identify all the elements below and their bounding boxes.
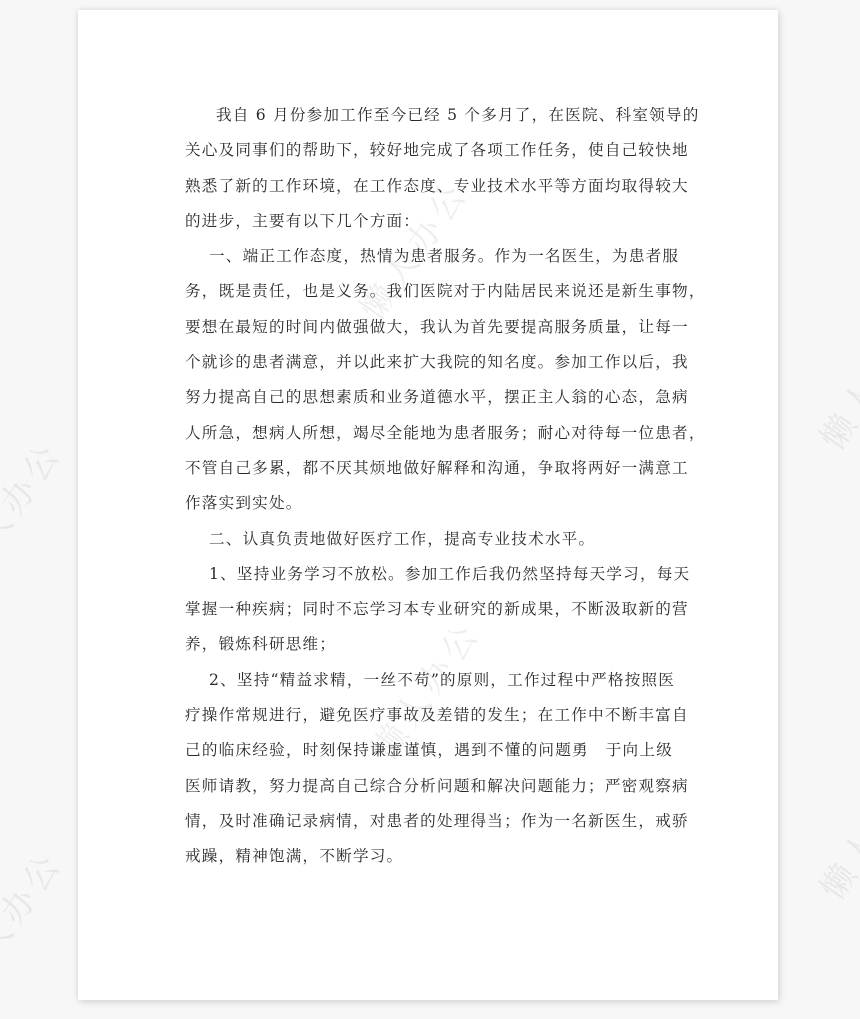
paragraph-section-2-heading: 二、认真负责地做好医疗工作，提高专业技术水平。 bbox=[185, 522, 673, 557]
watermark-left-upper: 懒人办公 bbox=[0, 429, 72, 588]
text-line: 疗操作常规进行，避免医疗事故及差错的发生；在工作中不断丰富自 bbox=[185, 698, 673, 733]
text-line: 关心及同事们的帮助下，较好地完成了各项工作任务，使自己较快地 bbox=[185, 133, 673, 168]
text-line: 的进步，主要有以下几个方面： bbox=[185, 204, 673, 239]
text-line: 掌握一种疾病；同时不忘学习本专业研究的新成果，不断汲取新的营 bbox=[185, 592, 673, 627]
text-line: 己的临床经验，时刻保持谦虚谨慎，遇到不懂的问题勇 于向上级 bbox=[185, 733, 673, 768]
text-line: 人所急，想病人所想，竭尽全能地为患者服务；耐心对待每一位患者， bbox=[185, 416, 673, 451]
watermark-right-upper: 懒人办公 bbox=[806, 299, 860, 458]
watermark-right-lower: 懒人办公 bbox=[806, 749, 860, 908]
text-line: 我自 6 月份参加工作至今已经 5 个多月了，在医院、科室领导的 bbox=[185, 98, 673, 133]
text-line: 情，及时准确记录病情，对患者的处理得当；作为一名新医生，戒骄 bbox=[185, 804, 673, 839]
text-line: 一、端正工作态度，热情为患者服务。作为一名医生，为患者服 bbox=[185, 239, 673, 274]
text-line: 1、坚持业务学习不放松。参加工作后我仍然坚持每天学习，每天 bbox=[185, 557, 673, 592]
paragraph-item-1: 1、坚持业务学习不放松。参加工作后我仍然坚持每天学习，每天 掌握一种疾病；同时不… bbox=[185, 557, 673, 663]
section-heading: 二、认真负责地做好医疗工作，提高专业技术水平。 bbox=[185, 522, 673, 557]
text-line: 个就诊的患者满意，并以此来扩大我院的知名度。参加工作以后，我 bbox=[185, 345, 673, 380]
text-line: 戒躁，精神饱满，不断学习。 bbox=[185, 839, 673, 874]
text-line: 养，锻炼科研思维； bbox=[185, 627, 673, 662]
paragraph-intro: 我自 6 月份参加工作至今已经 5 个多月了，在医院、科室领导的 关心及同事们的… bbox=[185, 98, 673, 239]
text-line: 医师请教，努力提高自己综合分析问题和解决问题能力；严密观察病 bbox=[185, 769, 673, 804]
text-line: 熟悉了新的工作环境，在工作态度、专业技术水平等方面均取得较大 bbox=[185, 169, 673, 204]
text-line: 努力提高自己的思想素质和业务道德水平，摆正主人翁的心态，急病 bbox=[185, 380, 673, 415]
text-line: 2、坚持“精益求精，一丝不苟”的原则，工作过程中严格按照医 bbox=[185, 663, 673, 698]
document-page: 懒人办公 懒人办公 懒人办公 懒人办公 我自 6 月份参加工作至今已经 5 个多… bbox=[78, 10, 778, 1000]
watermark-left-lower: 懒人办公 bbox=[0, 839, 72, 998]
paragraph-section-1: 一、端正工作态度，热情为患者服务。作为一名医生，为患者服 务，既是责任，也是义务… bbox=[185, 239, 673, 521]
text-line: 不管自己多累，都不厌其烦地做好解释和沟通，争取将两好一满意工 bbox=[185, 451, 673, 486]
paragraph-item-2: 2、坚持“精益求精，一丝不苟”的原则，工作过程中严格按照医 疗操作常规进行，避免… bbox=[185, 663, 673, 875]
document-body: 我自 6 月份参加工作至今已经 5 个多月了，在医院、科室领导的 关心及同事们的… bbox=[185, 98, 673, 875]
text-line: 务，既是责任，也是义务。我们医院对于内陆居民来说还是新生事物， bbox=[185, 274, 673, 309]
text-line: 要想在最短的时间内做强做大，我认为首先要提高服务质量，让每一 bbox=[185, 310, 673, 345]
text-line: 作落实到实处。 bbox=[185, 486, 673, 521]
